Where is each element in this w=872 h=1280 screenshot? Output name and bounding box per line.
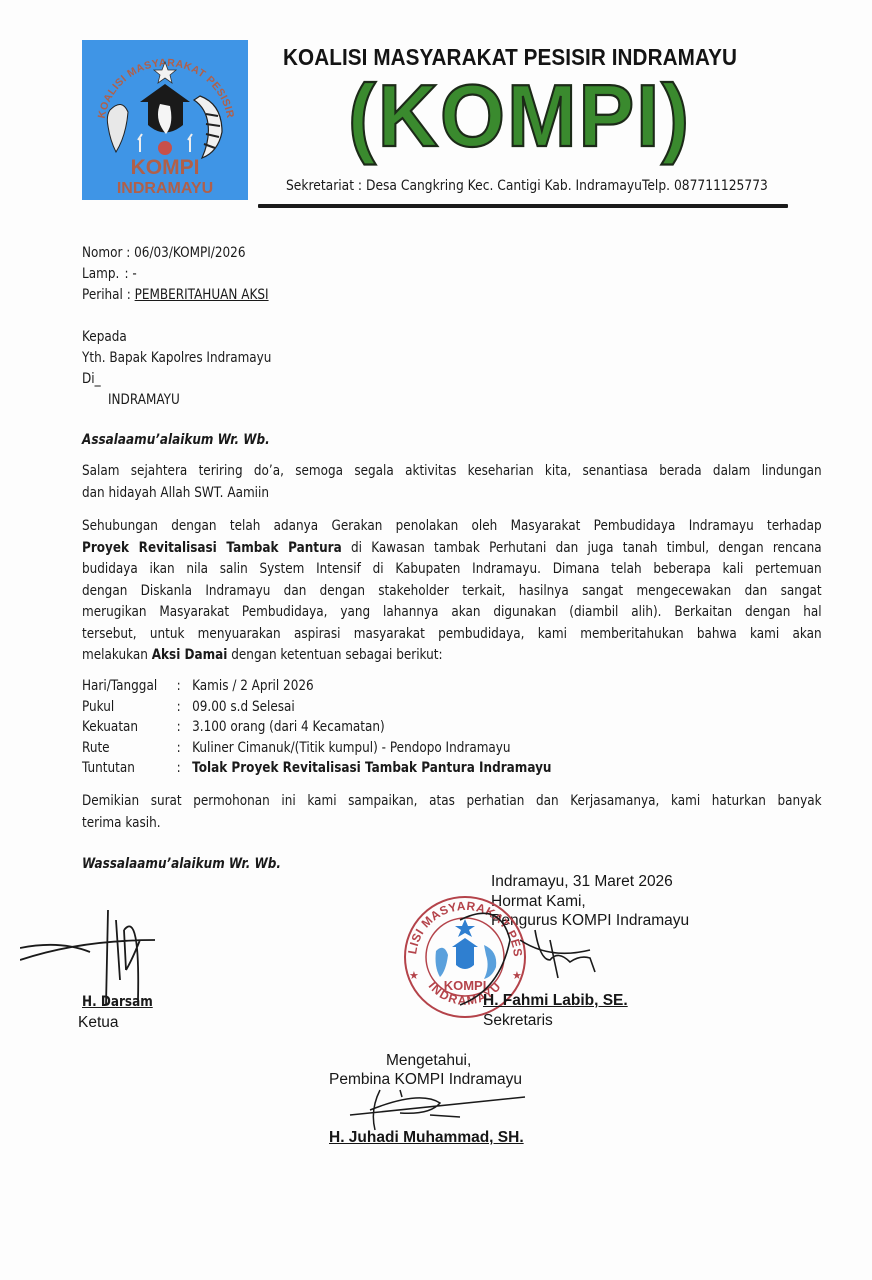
detail-label: Pukul [82, 699, 114, 715]
perihal-value: PEMBERITAHUAN AKSI [135, 287, 269, 303]
svg-text:★: ★ [512, 970, 522, 982]
secretary-role: Sekretaris [483, 1012, 553, 1030]
detail-row: Pukul:09.00 s.d Selesai [82, 699, 684, 719]
svg-text:INDRAMAYU: INDRAMAYU [117, 180, 213, 197]
chair-name: H. Darsam [82, 994, 153, 1010]
kompi-logo-icon: KOALISI MASYARAKAT PESISIR KOMPI INDRAMA… [82, 40, 248, 200]
nomor-value: : 06/03/KOMPI/2026 [126, 245, 245, 261]
svg-text:KOMPI: KOMPI [444, 978, 487, 993]
detail-label: Rute [82, 740, 110, 756]
detail-label: Hari/Tanggal [82, 678, 157, 694]
farewell: Wassalaamu’alaikum Wr. Wb. [82, 856, 281, 872]
detail-colon: : [177, 740, 181, 756]
advisor-signature [340, 1085, 540, 1135]
detail-colon: : [177, 719, 181, 735]
perihal-label: Perihal [82, 287, 123, 303]
action-name: Aksi Damai [152, 647, 228, 663]
paragraph-line: terima kasih. [82, 813, 822, 835]
organization-logo: KOALISI MASYARAKAT PESISIR KOMPI INDRAMA… [82, 40, 248, 200]
project-name: Proyek Revitalisasi Tambak Pantura [82, 540, 342, 556]
detail-colon: : [177, 760, 181, 776]
lamp-label: Lamp. [82, 266, 121, 282]
lamp-value: : - [125, 266, 137, 282]
body-paragraph: Sehubungan dengan telah adanya Gerakan p… [82, 516, 822, 667]
detail-row: Hari/Tanggal:Kamis / 2 April 2026 [82, 678, 684, 698]
acknowledged-label: Mengetahui, [386, 1052, 471, 1070]
detail-value: Tolak Proyek Revitalisasi Tambak Pantura… [192, 760, 551, 776]
detail-colon: : [177, 699, 181, 715]
paragraph-line: dan hidayah Allah SWT. Aamiin [82, 483, 822, 505]
paragraph-line: Demikian surat permohonan ini kami sampa… [82, 791, 822, 813]
recipient-kepada: Kepada [82, 329, 127, 345]
recipient-di: Di_ [82, 371, 101, 387]
recipient-name: Yth. Bapak Kapolres Indramayu [82, 350, 271, 366]
detail-label: Kekuatan [82, 719, 138, 735]
perihal-colon: : [127, 287, 131, 303]
paragraph-line: tersebut, untuk menyuarakan aspirasi mas… [82, 624, 822, 646]
greeting: Assalaamu’alaikum Wr. Wb. [82, 432, 270, 448]
subject-line: Perihal : PEMBERITAHUAN AKSI [82, 287, 269, 303]
detail-row: Kekuatan:3.100 orang (dari 4 Kecamatan) [82, 719, 684, 739]
paragraph-line: Sehubungan dengan telah adanya Gerakan p… [82, 516, 822, 538]
detail-label: Tuntutan [82, 760, 135, 776]
paragraph-line: dengan Diskanla Indramayu dan dengan sta… [82, 581, 822, 603]
detail-value: 3.100 orang (dari 4 Kecamatan) [192, 719, 385, 735]
advisor-organization: Pembina KOMPI Indramayu [329, 1071, 522, 1089]
letter-number: Nomor : 06/03/KOMPI/2026 [82, 245, 246, 261]
attachment-line: Lamp. : - [82, 266, 137, 282]
detail-row: Rute:Kuliner Cimanuk/(Titik kumpul) - Pe… [82, 740, 684, 760]
organization-abbreviation: (KOMPI) [348, 72, 691, 160]
letterhead-divider [258, 204, 788, 208]
nomor-label: Nomor [82, 245, 122, 261]
opening-paragraph: Salam sejahtera teriring do’a, semoga se… [82, 461, 822, 504]
place-date: Indramayu, 31 Maret 2026 [491, 873, 673, 891]
paragraph-line: Proyek Revitalisasi Tambak Pantura di Ka… [82, 538, 822, 560]
advisor-name: H. Juhadi Muhammad, SH. [329, 1129, 524, 1147]
svg-text:★: ★ [409, 970, 419, 982]
secretary-name: H. Fahmi Labib, SE. [483, 992, 628, 1010]
paragraph-line: melakukan Aksi Damai dengan ketentuan se… [82, 645, 822, 667]
paragraph-line: merugikan Masyarakat Pembudidaya, yang l… [82, 602, 822, 624]
chair-role: Ketua [78, 1014, 119, 1032]
detail-value: Kuliner Cimanuk/(Titik kumpul) - Pendopo… [192, 740, 510, 756]
detail-row: Tuntutan:Tolak Proyek Revitalisasi Tamba… [82, 760, 684, 780]
detail-value: Kamis / 2 April 2026 [192, 678, 314, 694]
svg-text:KOMPI: KOMPI [131, 156, 200, 179]
detail-value: 09.00 s.d Selesai [192, 699, 295, 715]
paragraph-line: budidaya ikan nila salin System Intensif… [82, 559, 822, 581]
detail-colon: : [177, 678, 181, 694]
organization-address: Sekretariat : Desa Cangkring Kec. Cantig… [286, 178, 768, 194]
recipient-city: INDRAMAYU [108, 392, 180, 408]
closing-paragraph: Demikian surat permohonan ini kami sampa… [82, 791, 822, 834]
paragraph-line: Salam sejahtera teriring do’a, semoga se… [82, 461, 822, 483]
